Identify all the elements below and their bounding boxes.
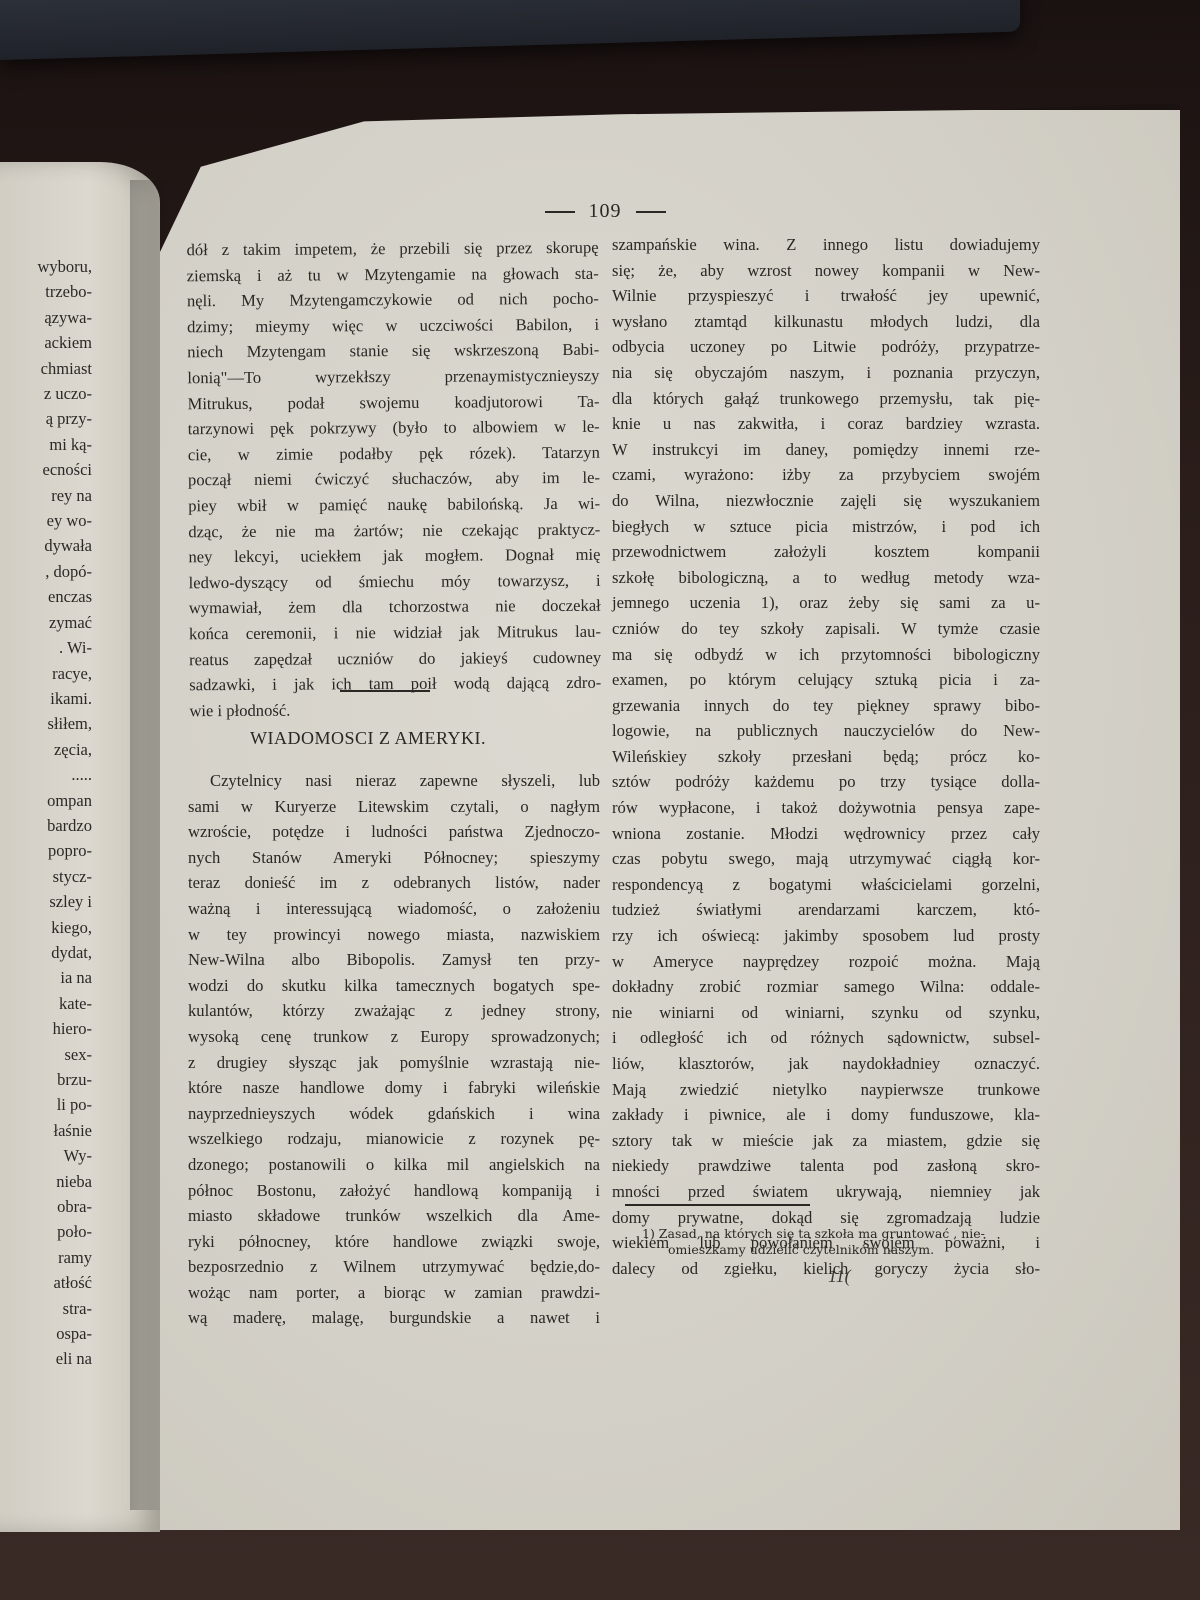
text-line: ryki północney, które handlowe związki s… (188, 1229, 600, 1255)
footnote-line-1: 1) Zasad, na których się ta szkoła ma gr… (642, 1226, 1047, 1242)
left-page-fragment: brzu- (0, 1067, 92, 1092)
text-line: zakłady i piwnice, ale i domy funduszowe… (612, 1102, 1040, 1128)
text-line: logowie, na publicznych nauczycielów do … (612, 718, 1040, 744)
left-page-text-fragments: wyboru,trzebo-ązywa-ackiemchmiastz uczo-… (0, 254, 92, 1372)
footnote-divider-rule (625, 1204, 810, 1206)
left-page-fragment: sex- (0, 1042, 92, 1067)
text-line: wzroście, potędze i ludności państwa Zje… (188, 819, 600, 845)
text-line: wodzi do skutku kilka tamecznych bogatyc… (188, 973, 600, 999)
left-page-fragment: ramy (0, 1245, 92, 1270)
left-page-fragment: ikami. (0, 686, 92, 711)
left-page-fragment: ia na (0, 965, 92, 990)
left-page-fragment: hiero- (0, 1016, 92, 1041)
left-page-fragment: racye, (0, 661, 92, 686)
text-line: ważną i interessującą wiadomość, o założ… (188, 896, 600, 922)
text-line: biegłych w sztuce picia mistrzów, i pod … (612, 514, 1040, 540)
left-page-fragment: stra- (0, 1296, 92, 1321)
text-line: mności przed światem ukrywają, niemniey … (612, 1179, 1040, 1205)
dark-book-cover (0, 0, 1020, 60)
text-line: czniów do tey szkoły zapisali. W tymże c… (612, 616, 1040, 642)
left-column-continued-text: dół z takim impetem, że przebili się prz… (187, 235, 602, 724)
left-page-fragment: chmiast (0, 356, 92, 381)
text-line: kulantów, którzy zważając z jedney stron… (188, 998, 600, 1024)
handwritten-mark: 11( (828, 1266, 851, 1287)
text-line: dokładny zrobić rozmiar samego Wilna: od… (612, 974, 1040, 1000)
text-line: respondencyą z bogatymi właścicielami go… (612, 872, 1040, 898)
text-line: niekiedy prawdziwe talenta pod zasłoną s… (612, 1153, 1040, 1179)
text-line: sadzawki, i jak ich tam poił wodą dającą… (189, 670, 601, 698)
text-line: ma się odbydź w ich przytomności bibolog… (612, 642, 1040, 668)
text-line: tudzież światłymi arendarzami karczem, k… (612, 897, 1040, 923)
text-line: bezposrzednio z Wilnem utrzymywać będzie… (188, 1254, 600, 1280)
text-line: ney lekcyi, uciekłem jak mogłem. Dognał … (188, 542, 600, 570)
text-line: ledwo-dyszący od śmiechu móy towarzysz, … (189, 567, 601, 595)
left-page-fragment: atłość (0, 1270, 92, 1295)
left-page-fragment: obra- (0, 1194, 92, 1219)
page-number-value: 109 (589, 200, 622, 222)
left-page-fragment: zymać (0, 610, 92, 635)
left-page-fragment: ązywa- (0, 305, 92, 330)
article-body-left: Czytelnicy nasi nieraz zapewne słyszeli,… (188, 768, 600, 1331)
text-line: sztów podróży każdemu po trzy tysiące do… (612, 769, 1040, 795)
text-line: rów wypłacone, i takoż dożywotnia pensya… (612, 795, 1040, 821)
footnote: 1) Zasad, na których się ta szkoła ma gr… (642, 1226, 1047, 1258)
page-number-dash-left (545, 211, 575, 213)
left-page-fragment: nieba (0, 1169, 92, 1194)
text-line: dla których gałąź trunkowego przemysłu, … (612, 386, 1040, 412)
page-number-dash-right (636, 211, 666, 213)
text-line: czami, wyrażono: iżby za przybyciem swoj… (612, 462, 1040, 488)
text-line: nia się obyczajóm naszym, i poznania prz… (612, 360, 1040, 386)
text-line: knie u nas zakwitła, i coraz bardziey wz… (612, 411, 1040, 437)
text-line: nie winiarni od winiarni, szynku od szyn… (612, 1000, 1040, 1026)
text-line: wysłano ztamtąd kilkunastu młodych ludzi… (612, 309, 1040, 335)
section-divider-rule (340, 690, 430, 692)
text-line: szkołę bibologiczną, a to według metody … (612, 565, 1040, 591)
left-page-fragment: kate- (0, 991, 92, 1016)
left-page-fragment: z uczo- (0, 381, 92, 406)
text-line: teraz donieść im z odebranych listów, na… (188, 870, 600, 896)
left-page-fragment: ey wo- (0, 508, 92, 533)
footnote-line-2: omieszkamy udzielić czytelnikóm naszym. (642, 1242, 1047, 1258)
text-line: dół z takim impetem, że przebili się prz… (187, 235, 599, 263)
left-page-fragment: poło- (0, 1219, 92, 1244)
text-line: piey wbił w pamięć naukę babilońską. Ja … (188, 491, 600, 519)
page-number: 109 (520, 200, 690, 223)
text-line: w tey prowincyi nowego miasta, nazwiskie… (188, 922, 600, 948)
left-page-fragment: Wy- (0, 1143, 92, 1168)
text-line: Wilnie przyspieszyć i trwałość jey upewn… (612, 283, 1040, 309)
text-line: Czytelnicy nasi nieraz zapewne słyszeli,… (188, 768, 600, 794)
text-line: wożąc nam porter, a biorąc w zamian praw… (188, 1280, 600, 1306)
text-line: dząc, że nie ma żartów; nie czekając pra… (188, 516, 600, 544)
left-page-fragment: stycz- (0, 864, 92, 889)
left-page-fragment: szley i (0, 889, 92, 914)
text-line: z drugiey słysząc jak pomyślnie wzrastaj… (188, 1050, 600, 1076)
text-line: wszelkiego rodzaju, mianowicie z rozynek… (188, 1126, 600, 1152)
left-page-fragment: trzebo- (0, 279, 92, 304)
left-page-fragment: li po- (0, 1092, 92, 1117)
left-page-fragment: popro- (0, 838, 92, 863)
text-line: wniona zostanie. Młodzi wędrownicy przez… (612, 821, 1040, 847)
left-page-fragment: ompan (0, 788, 92, 813)
text-line: się; że, aby wzrost nowey kompanii w New… (612, 258, 1040, 284)
text-line: W instrukcyi im daney, pomiędzy innemi r… (612, 437, 1040, 463)
text-line: cie, w zimie podałby pęk rózek). Tatarzy… (188, 439, 600, 467)
text-line: sztory tak w mieście jak za miastem, gdz… (612, 1128, 1040, 1154)
text-line: liów, klasztorów, jak naydokładniey ozna… (612, 1051, 1040, 1077)
text-line: odbycia uczoney po Litwie podróży, przyp… (612, 334, 1040, 360)
text-line: do Wilna, niezwłocznie zajęli się wyszuk… (612, 488, 1040, 514)
left-page-fragment: zęcia, (0, 737, 92, 762)
text-line: czas pobytu swego, mają utrzymywać ciągł… (612, 846, 1040, 872)
left-page-fragment: wyboru, (0, 254, 92, 279)
left-page-fragment: . Wi- (0, 635, 92, 660)
text-line: Wileńskiey szkoły przesłani będą; prócz … (612, 744, 1040, 770)
left-page-fragment: , dopó- (0, 559, 92, 584)
left-page-fragment: ecności (0, 457, 92, 482)
text-line: począł niemi ćwiczyć słuchaczów, aby im … (188, 465, 600, 493)
text-line: które nasze handlowe domy i fabryki wile… (188, 1075, 600, 1101)
left-page-fragment: łaśnie (0, 1118, 92, 1143)
text-line: w Ameryce nayprędzey rozpoić można. Mają (612, 949, 1040, 975)
text-line: dalecy od zgiełku, kielich goryczy życia… (612, 1256, 1040, 1282)
left-page-fragment: bardzo (0, 813, 92, 838)
left-page-fragment: eli na (0, 1346, 92, 1371)
left-page-fragment: kiego, (0, 915, 92, 940)
text-line: i odległość ich od różnych sądownictw, s… (612, 1025, 1040, 1051)
left-page-fragment: ą przy- (0, 406, 92, 431)
text-line: dzimy; mieymy więc w uczciwości Babilon,… (187, 312, 599, 340)
text-line: wysoką cenę trunkow z Europy sprowadzony… (188, 1024, 600, 1050)
left-page-fragment: dywała (0, 533, 92, 558)
text-line: nayprzednieyszych wódek gdańskich i wina (188, 1101, 600, 1127)
left-page-fragment: enczas (0, 584, 92, 609)
left-page-fragment: ospa- (0, 1321, 92, 1346)
text-line: dzonego; postanowili o kilka mil angiels… (188, 1152, 600, 1178)
text-line: miasto składowe trunków wszelkich dla Am… (188, 1203, 600, 1229)
text-line: nęli. My Mzytengamczykowie od nich pocho… (187, 286, 599, 314)
text-line: wą maderę, malagę, burgundskie a nawet i (188, 1305, 600, 1331)
text-line: północ Bostonu, założyć handlową kompani… (188, 1178, 600, 1204)
text-line: wymawiał, żem dla tchorzostwa nie doczek… (189, 593, 601, 621)
text-line: rzy ich oświecą: jakimby sposobem lud pr… (612, 923, 1040, 949)
text-line: Mają zwiedzić nietylko naypierwsze trunk… (612, 1077, 1040, 1103)
text-line: końca ceremonii, i nie widział jak Mitru… (189, 619, 601, 647)
article-body-right: szampańskie wina. Z innego listu dowiadu… (612, 232, 1040, 1281)
text-line: wie i płodność. (189, 695, 601, 723)
left-page-fragment: słiłem, (0, 711, 92, 736)
text-line: lonią"—To wyrzekłszy przenaymistycznieys… (187, 363, 599, 391)
section-title: WIADOMOSCI Z AMERYKI. (250, 728, 486, 749)
text-line: niech Mzytengam stanie się wskrzeszoną B… (187, 337, 599, 365)
text-line: reatus zapędzał uczniów do jakieyś cudow… (189, 644, 601, 672)
text-line: New-Wilna albo Bibopolis. Zamysł ten prz… (188, 947, 600, 973)
left-page-fragment: ackiem (0, 330, 92, 355)
left-page-fragment: mi ką- (0, 432, 92, 457)
text-line: Mitrukus, podał swojemu koadjutorowi Ta- (187, 388, 599, 416)
text-line: tarzynowi pęk pokrzywy (było to albowiem… (188, 414, 600, 442)
text-line: przewodnictwem założyli kosztem kompanii (612, 539, 1040, 565)
text-line: nych Stanów Ameryki Północney; spieszymy (188, 845, 600, 871)
left-page-fragment: ..... (0, 762, 92, 787)
text-line: ziemską i aż tu w Mzytengamie na głowach… (187, 260, 599, 288)
text-line: grzewania innych do tey piękney sprawy b… (612, 693, 1040, 719)
text-line: sami w Kuryerze Litewskim czytali, o nag… (188, 794, 600, 820)
text-line: jemnego uczenia 1), oraz żeby się sami z… (612, 590, 1040, 616)
left-page-fragment: dydat, (0, 940, 92, 965)
left-page-fragment: rey na (0, 483, 92, 508)
text-line: examen, po którym celujący sztuką picia … (612, 667, 1040, 693)
text-line: szampańskie wina. Z innego listu dowiadu… (612, 232, 1040, 258)
